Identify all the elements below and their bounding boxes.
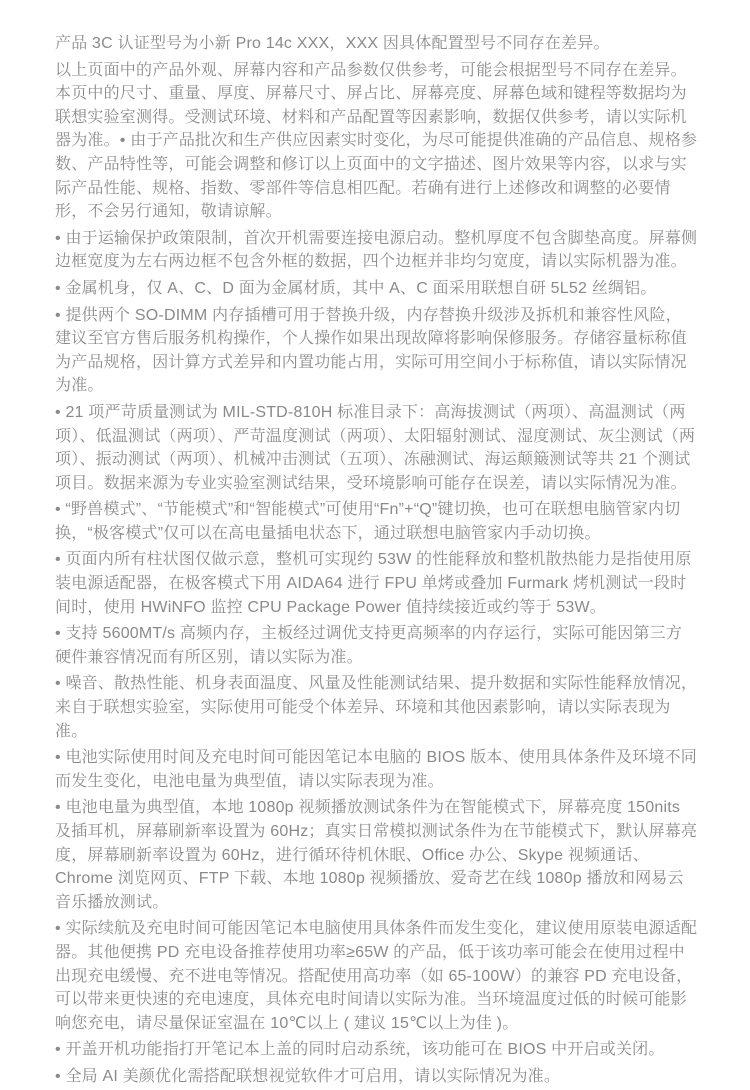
disclaimer-paragraph: • 全局 AI 美颜优化需搭配联想视觉软件才可启用，请以实际情况为准。 (55, 1065, 698, 1089)
disclaimer-paragraph: • 电池电量为典型值，本地 1080p 视频播放测试条件为在智能模式下，屏幕亮度… (55, 796, 698, 914)
disclaimer-paragraph: • 页面内所有柱状图仅做示意，整机可实现约 53W 的性能释放和整机散热能力是指… (55, 548, 698, 619)
disclaimer-paragraph: • 电池实际使用时间及充电时间可能因笔记本电脑的 BIOS 版本、使用具体条件及… (55, 746, 698, 793)
disclaimer-paragraph: 产品 3C 认证型号为小新 Pro 14c XXX，XXX 因具体配置型号不同存… (55, 32, 698, 56)
disclaimer-paragraph: • 由于运输保护政策限制，首次开机需要连接电源启动。整机厚度不包含脚垫高度。屏幕… (55, 227, 698, 274)
disclaimer-paragraph: • 支持 5600MT/s 高频内存，主板经过调优支持更高频率的内存运行，实际可… (55, 622, 698, 669)
disclaimer-paragraph: • “野兽模式”、“节能模式”和“智能模式”可使用“Fn”+“Q”键切换，也可在… (55, 498, 698, 545)
disclaimer-paragraph: • 金属机身，仅 A、C、D 面为金属材质，其中 A、C 面采用联想自研 5L5… (55, 277, 698, 301)
disclaimer-paragraph: 以上页面中的产品外观、屏幕内容和产品参数仅供参考，可能会根据型号不同存在差异。本… (55, 59, 698, 224)
disclaimer-paragraph: • 实际续航及充电时间可能因笔记本电脑使用具体条件而发生变化，建议使用原装电源适… (55, 917, 698, 1035)
disclaimer-paragraph: • 噪音、散热性能、机身表面温度、风量及性能测试结果、提升数据和实际性能释放情况… (55, 672, 698, 743)
disclaimer-paragraph: • 提供两个 SO-DIMM 内存插槽可用于替换升级，内存替换升级涉及拆机和兼容… (55, 304, 698, 398)
disclaimer-paragraph: • 开盖开机功能指打开笔记本上盖的同时启动系统，该功能可在 BIOS 中开启或关… (55, 1038, 698, 1062)
disclaimer-page: 产品 3C 认证型号为小新 Pro 14c XXX，XXX 因具体配置型号不同存… (0, 0, 750, 1090)
disclaimer-paragraph: • 21 项严苛质量测试为 MIL-STD-810H 标准目录下：高海拔测试（两… (55, 401, 698, 495)
